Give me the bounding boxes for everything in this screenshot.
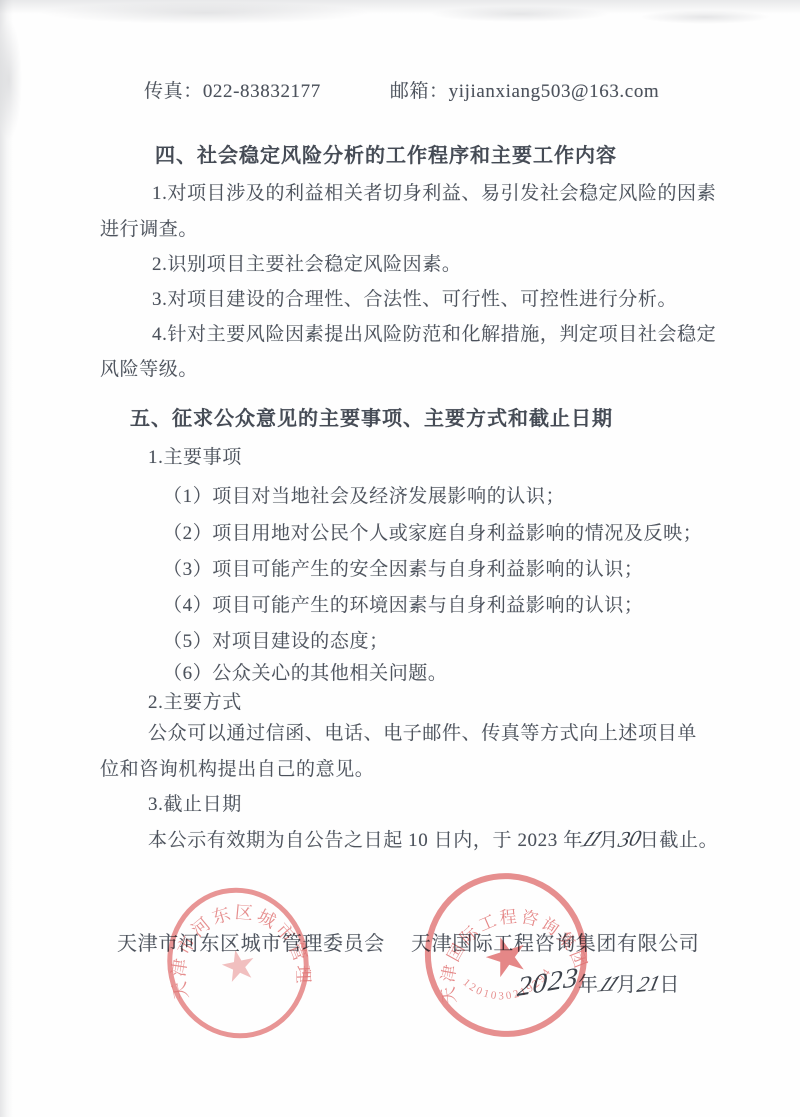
stamp-star-icon: ★ [216, 941, 262, 994]
section4-heading: 四、社会稳定风险分析的工作程序和主要工作内容 [155, 143, 617, 169]
section5-sub1-item: （2）项目用地对公民个人或家庭自身利益影响的情况及反映； [163, 521, 702, 547]
stamp-star-icon: ★ [476, 923, 538, 992]
section5-sub1-title: 1.主要事项 [148, 445, 242, 471]
section5-sub1-item: （3）项目可能产生的安全因素与自身利益影响的认识； [163, 557, 644, 583]
section5-sub1-item: （6）公众关心的其他相关问题。 [163, 661, 448, 687]
section5-sub1-item: （4）项目可能产生的环境因素与自身利益影响的认识； [163, 593, 644, 619]
section5-sub2-line1: 公众可以通过信函、电话、电子邮件、传真等方式向上述项目单 [148, 721, 697, 747]
section5-sub2-title: 2.主要方式 [148, 690, 242, 716]
email-address: yijianxiang503@163.com [449, 81, 660, 102]
section4-item2: 2.识别项目主要社会稳定风险因素。 [152, 252, 461, 278]
deadline-line: 本公示有效期为自公告之日起 10 日内，于 2023 年11月30日截止。 [148, 826, 718, 854]
official-stamp-right: 天津国际工程咨询集团有限公司 1201030219294 ★ [401, 849, 611, 1060]
section4-item3: 3.对项目建设的合理性、合法性、可行性、可控性进行分析。 [152, 287, 677, 313]
section5-sub2-line2: 位和咨询机构提出自己的意见。 [100, 757, 374, 783]
date-day-label: 日 [659, 974, 681, 996]
fax-number: 022-83832177 [203, 81, 321, 102]
deadline-suffix: 日截止。 [640, 830, 718, 851]
email-label: 邮箱： [390, 81, 449, 102]
section5-sub1-item: （1）项目对当地社会及经济发展影响的认识； [163, 484, 565, 510]
section5-heading: 五、征求公众意见的主要事项、主要方式和截止日期 [130, 406, 613, 432]
scan-smudge [0, 20, 22, 140]
section4-item1-line1: 1.对项目涉及的利益相关者切身利益、易引发社会稳定风险的因素 [152, 181, 716, 207]
deadline-prefix: 本公示有效期为自公告之日起 10 日内，于 2023 年 [148, 830, 583, 851]
section5-sub1-item: （5）对项目建设的态度； [163, 629, 389, 655]
scanned-document-page: 传真：022-83832177邮箱：yijianxiang503@163.com… [0, 0, 800, 1117]
contact-line: 传真：022-83832177邮箱：yijianxiang503@163.com [144, 79, 659, 105]
section4-item1-line2: 进行调查。 [100, 217, 198, 243]
official-stamp-left: 天津市河东区城市管理委员会 ★ [148, 871, 327, 1055]
fax-label: 传真： [144, 81, 203, 102]
scan-smudge [430, 6, 610, 22]
scan-edge-left [0, 0, 13, 1117]
scan-smudge [40, 2, 370, 24]
section5-sub3-title: 3.截止日期 [148, 792, 242, 818]
section4-item4-line2: 风险等级。 [100, 357, 198, 383]
scan-smudge [640, 10, 770, 24]
section4-item4-line1: 4.针对主要风险因素提出风险防范和化解措施，判定项目社会稳定 [152, 322, 716, 348]
